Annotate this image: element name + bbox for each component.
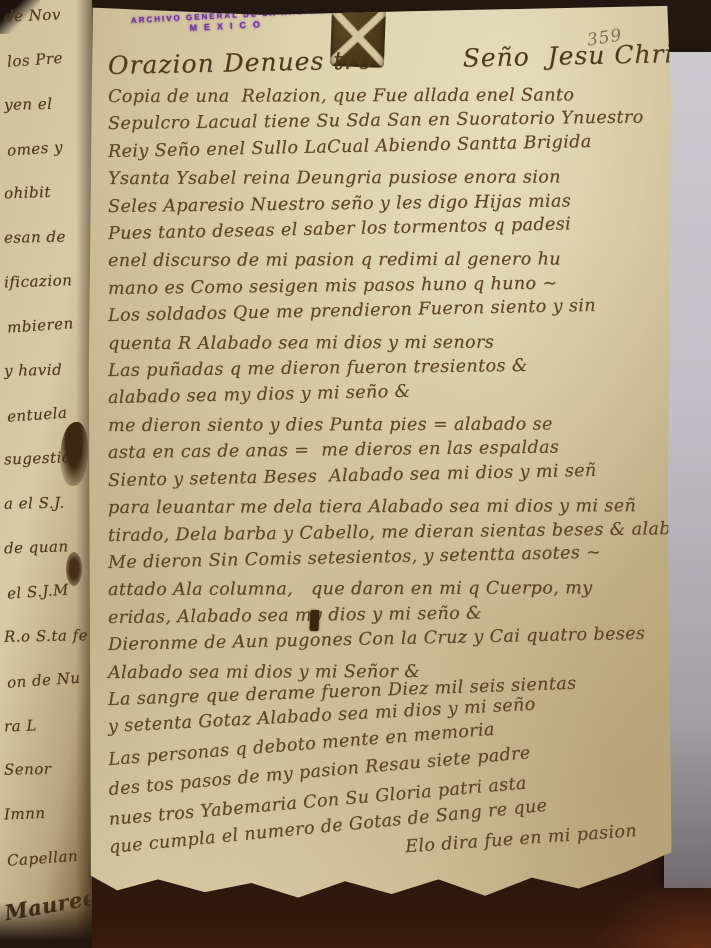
ink-blot: [309, 610, 319, 631]
manuscript-photo: de Novlos Preyen elomes yohibitesan deif…: [0, 0, 711, 948]
manuscript-line: Orazion Denues tro Seño Jesu Chris to Co…: [108, 36, 665, 84]
underlying-page-left: de Novlos Preyen elomes yohibitesan deif…: [0, 0, 92, 948]
manuscript-text: Orazion Denues tro Seño Jesu Chris to Co…: [88, 4, 672, 879]
underlying-sheet-right: [664, 52, 711, 888]
manuscript-page: ARCHIVO GENERAL DE LA NACION MEXICO 359 …: [88, 4, 672, 914]
